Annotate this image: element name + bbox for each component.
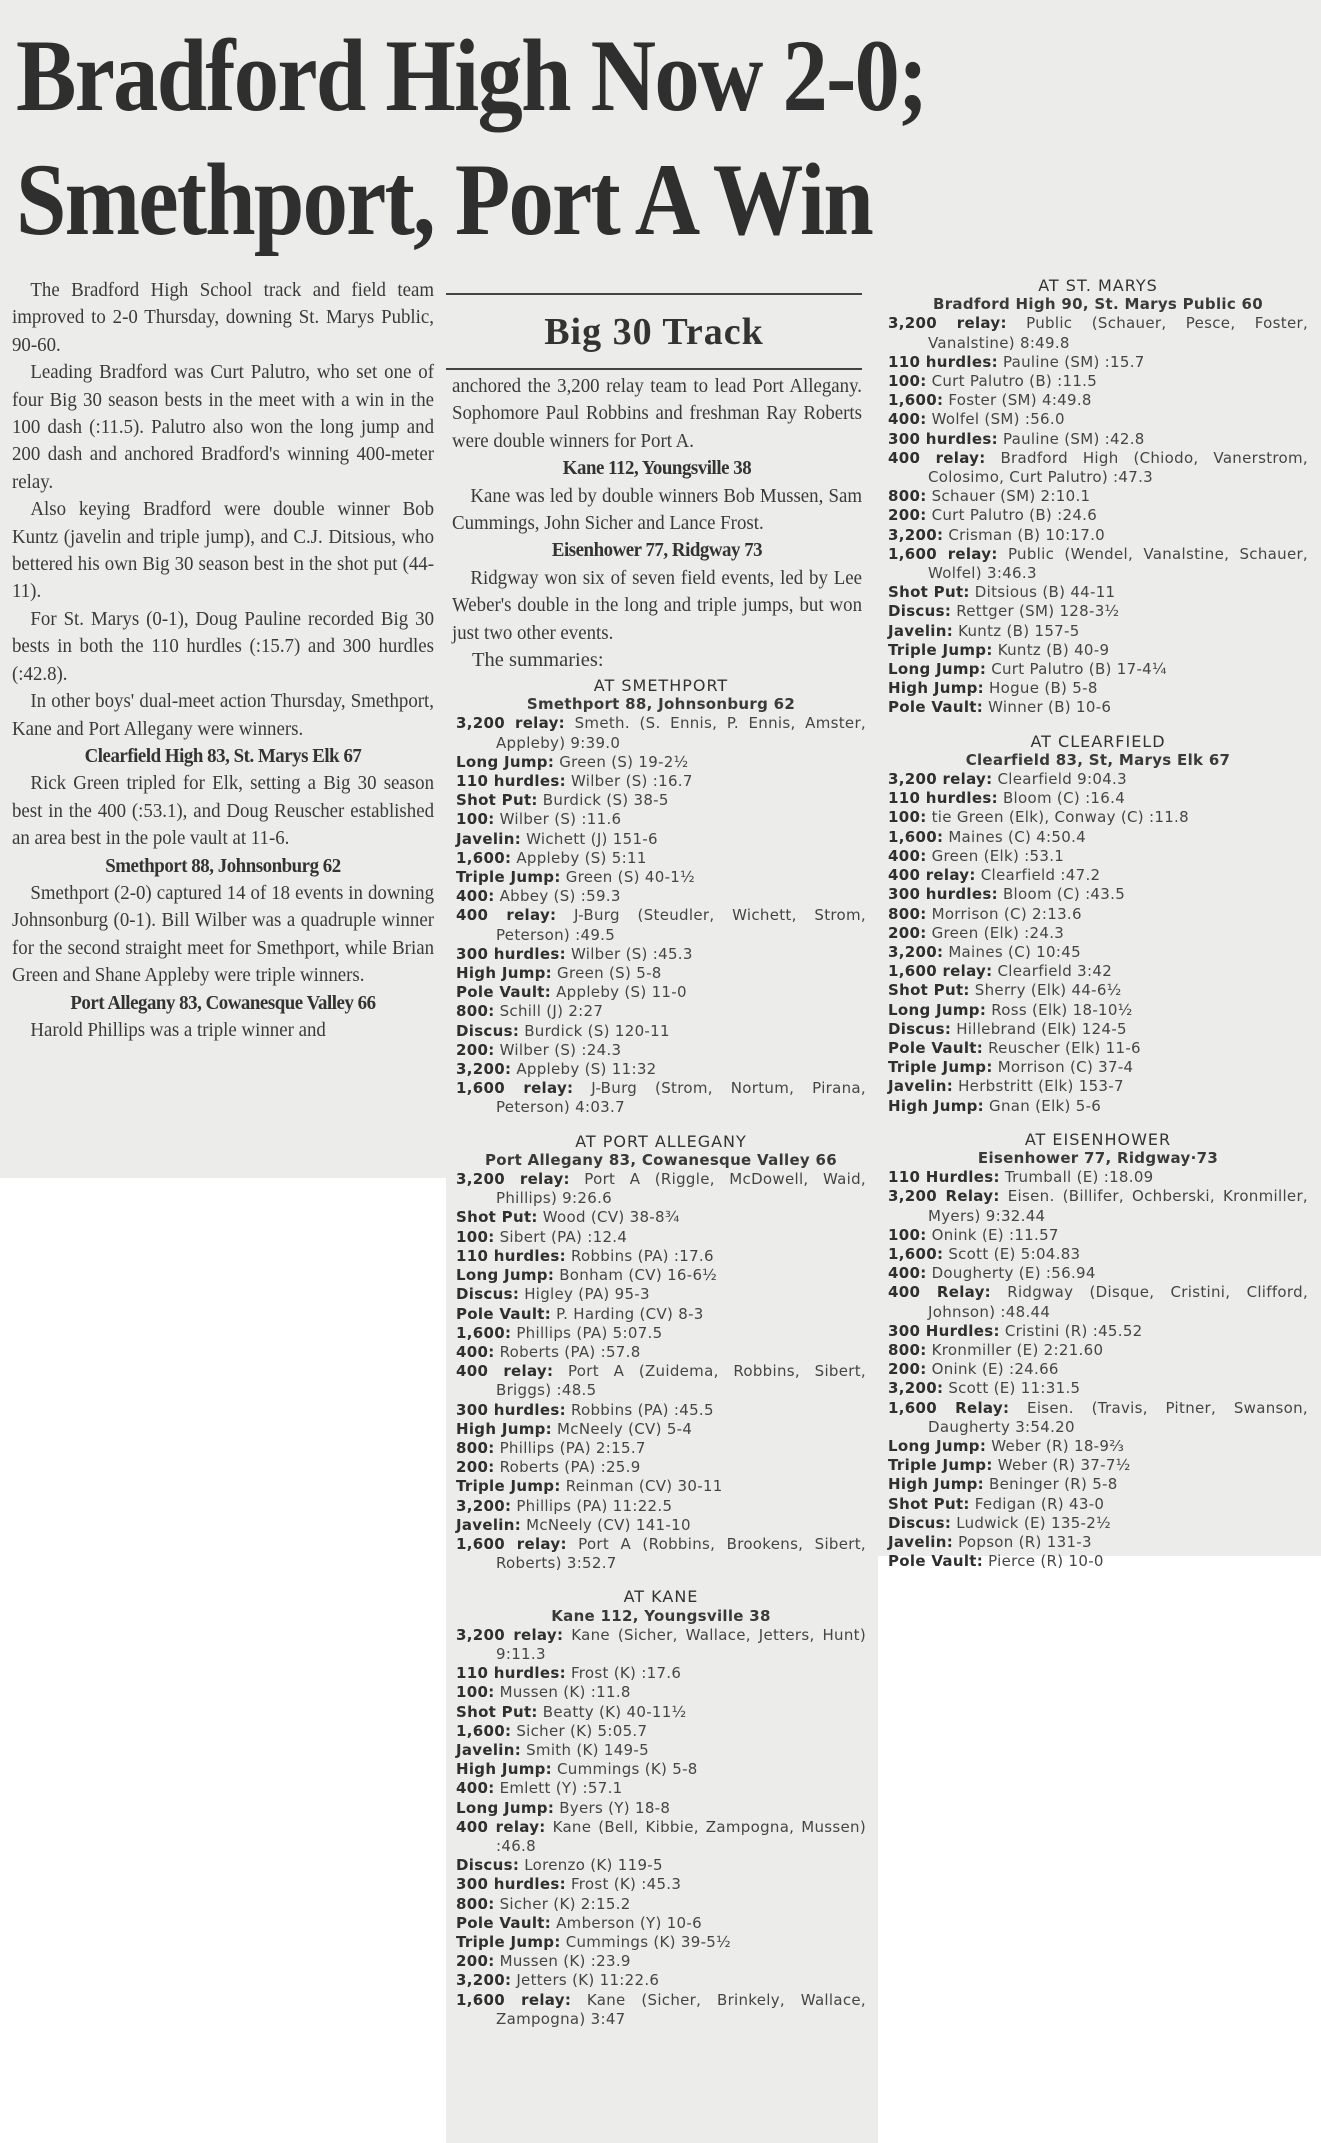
event-name: 3,200 Relay: xyxy=(888,1187,1000,1205)
event-result: 100: Sibert (PA) :12.4 xyxy=(456,1228,866,1247)
event-result: Discus: Lorenzo (K) 119-5 xyxy=(456,1856,866,1875)
event-name: 3,200 relay: xyxy=(888,770,992,788)
event-name: 400 Relay: xyxy=(888,1283,991,1301)
event-name: 400: xyxy=(456,1343,495,1361)
event-winner: Pauline (SM) :42.8 xyxy=(998,430,1145,448)
event-winner: Roberts (PA) :57.8 xyxy=(495,1343,641,1361)
event-result: Discus: Higley (PA) 95-3 xyxy=(456,1285,866,1304)
event-winner: tie Green (Elk), Conway (C) :11.8 xyxy=(927,808,1189,826)
event-result: 3,200 relay: Public (Schauer, Pesce, Fos… xyxy=(888,314,1308,352)
event-name: High Jump: xyxy=(888,679,984,697)
event-name: Long Jump: xyxy=(888,1001,986,1019)
event-result: Javelin: Herbstritt (Elk) 153-7 xyxy=(888,1077,1308,1096)
event-result: Shot Put: Fedigan (R) 43-0 xyxy=(888,1495,1308,1514)
event-name: 200: xyxy=(888,1360,927,1378)
event-name: Discus: xyxy=(888,602,951,620)
event-result: 200: Mussen (K) :23.9 xyxy=(456,1952,866,1971)
event-result: 110 Hurdles: Trumball (E) :18.09 xyxy=(888,1168,1308,1187)
event-winner: Jetters (K) 11:22.6 xyxy=(511,1971,659,1989)
event-winner: Pauline (SM) :15.7 xyxy=(998,353,1145,371)
event-winner: Green (S) 40-1½ xyxy=(561,868,695,886)
event-result: 1,600: Maines (C) 4:50.4 xyxy=(888,828,1308,847)
story-subhead: Smethport 88, Johnsonburg 62 xyxy=(12,853,434,880)
event-result: 200: Onink (E) :24.66 xyxy=(888,1360,1308,1379)
meet-score: Smethport 88, Johnsonburg 62 xyxy=(456,695,866,714)
event-name: 800: xyxy=(888,487,927,505)
event-result: 400 relay: Clearfield :47.2 xyxy=(888,866,1308,885)
story-paragraph: Harold Phillips was a triple winner and xyxy=(12,1017,434,1044)
meet-summary: AT SMETHPORTSmethport 88, Johnsonburg 62… xyxy=(456,676,866,1118)
event-winner: Green (S) 19-2½ xyxy=(554,753,688,771)
event-name: Long Jump: xyxy=(888,660,986,678)
event-result: Triple Jump: Reinman (CV) 30-11 xyxy=(456,1477,866,1496)
event-name: 1,600 relay: xyxy=(456,1535,567,1553)
event-winner: Cummings (K) 5-8 xyxy=(552,1760,698,1778)
event-winner: Weber (R) 18-9⅔ xyxy=(986,1437,1124,1455)
event-winner: Trumball (E) :18.09 xyxy=(1000,1168,1154,1186)
event-result: 3,200 relay: Clearfield 9:04.3 xyxy=(888,770,1308,789)
event-name: Pole Vault: xyxy=(888,698,983,716)
event-result: Shot Put: Wood (CV) 38-8¾ xyxy=(456,1208,866,1227)
event-name: Triple Jump: xyxy=(456,1933,561,1951)
event-result: 110 hurdles: Frost (K) :17.6 xyxy=(456,1664,866,1683)
meet-summary: AT EISENHOWEREisenhower 77, Ridgway·7311… xyxy=(888,1130,1308,1572)
event-winner: Green (Elk) :24.3 xyxy=(927,924,1065,942)
event-name: Discus: xyxy=(456,1285,519,1303)
event-name: Triple Jump: xyxy=(888,641,993,659)
event-result: 1,600: Scott (E) 5:04.83 xyxy=(888,1245,1308,1264)
event-name: 1,600 Relay: xyxy=(888,1399,1009,1417)
event-result: Pole Vault: Pierce (R) 10-0 xyxy=(888,1552,1308,1571)
event-name: Discus: xyxy=(888,1514,951,1532)
event-winner: Sherry (Elk) 44-6½ xyxy=(970,981,1122,999)
summaries-label: The summaries: xyxy=(452,647,862,674)
event-name: Shot Put: xyxy=(888,981,970,999)
meet-score: Port Allegany 83, Cowanesque Valley 66 xyxy=(456,1151,866,1170)
event-name: 300 hurdles: xyxy=(456,1875,566,1893)
event-winner: Bonham (CV) 16-6½ xyxy=(554,1266,717,1284)
event-name: Discus: xyxy=(456,1856,519,1874)
event-winner: Phillips (PA) 5:07.5 xyxy=(511,1324,662,1342)
event-name: 300 hurdles: xyxy=(456,1401,566,1419)
event-result: 200: Green (Elk) :24.3 xyxy=(888,924,1308,943)
event-name: Pole Vault: xyxy=(456,1914,551,1932)
event-result: Javelin: Kuntz (B) 157-5 xyxy=(888,622,1308,641)
event-result: 800: Schill (J) 2:27 xyxy=(456,1002,866,1021)
event-name: Javelin: xyxy=(888,1077,953,1095)
event-name: 200: xyxy=(888,924,927,942)
event-result: Pole Vault: Winner (B) 10-6 xyxy=(888,698,1308,717)
event-winner: Schauer (SM) 2:10.1 xyxy=(927,487,1091,505)
event-winner: Schill (J) 2:27 xyxy=(495,1002,604,1020)
event-result: 300 hurdles: Wilber (S) :45.3 xyxy=(456,945,866,964)
story-subhead: Port Allegany 83, Cowanesque Valley 66 xyxy=(12,990,434,1017)
event-name: 800: xyxy=(888,905,927,923)
event-winner: Weber (R) 37-7½ xyxy=(993,1456,1131,1474)
event-winner: Burdick (S) 120-11 xyxy=(519,1022,670,1040)
meet-score: Bradford High 90, St. Marys Public 60 xyxy=(888,295,1308,314)
event-winner: Onink (E) :11.57 xyxy=(927,1226,1059,1244)
event-name: Triple Jump: xyxy=(456,1477,561,1495)
event-result: Javelin: Wichett (J) 151-6 xyxy=(456,830,866,849)
meet-score: Eisenhower 77, Ridgway·73 xyxy=(888,1149,1308,1168)
event-result: 110 hurdles: Wilber (S) :16.7 xyxy=(456,772,866,791)
event-winner: Kuntz (B) 40-9 xyxy=(993,641,1110,659)
event-name: Pole Vault: xyxy=(456,983,551,1001)
event-winner: Ross (Elk) 18-10½ xyxy=(986,1001,1132,1019)
event-result: 1,600: Foster (SM) 4:49.8 xyxy=(888,391,1308,410)
event-name: 400 relay: xyxy=(888,449,986,467)
event-name: 800: xyxy=(456,1002,495,1020)
event-name: 200: xyxy=(456,1041,495,1059)
event-winner: Wilber (S) :11.6 xyxy=(495,810,622,828)
event-winner: McNeely (CV) 141-10 xyxy=(521,1516,691,1534)
event-name: 3,200: xyxy=(456,1971,511,1989)
meet-location: AT SMETHPORT xyxy=(456,676,866,695)
event-name: 3,200 relay: xyxy=(456,714,565,732)
event-winner: Appleby (S) 5:11 xyxy=(511,849,646,867)
event-result: Shot Put: Sherry (Elk) 44-6½ xyxy=(888,981,1308,1000)
event-result: 110 hurdles: Pauline (SM) :15.7 xyxy=(888,353,1308,372)
event-winner: Kronmiller (E) 2:21.60 xyxy=(927,1341,1104,1359)
meet-summary: AT ST. MARYSBradford High 90, St. Marys … xyxy=(888,276,1308,718)
event-result: 200: Curt Palutro (B) :24.6 xyxy=(888,506,1308,525)
event-result: 800: Schauer (SM) 2:10.1 xyxy=(888,487,1308,506)
event-result: Shot Put: Ditsious (B) 44-11 xyxy=(888,583,1308,602)
event-result: High Jump: Cummings (K) 5-8 xyxy=(456,1760,866,1779)
event-name: 400: xyxy=(888,410,927,428)
event-winner: Frost (K) :45.3 xyxy=(566,1875,681,1893)
event-result: 800: Phillips (PA) 2:15.7 xyxy=(456,1439,866,1458)
story-subhead: Kane 112, Youngsville 38 xyxy=(452,455,862,482)
meet-score: Clearfield 83, St, Marys Elk 67 xyxy=(888,751,1308,770)
event-name: 3,200: xyxy=(888,1379,943,1397)
event-result: 3,200: Jetters (K) 11:22.6 xyxy=(456,1971,866,1990)
event-name: 3,200: xyxy=(888,943,943,961)
event-name: Javelin: xyxy=(888,1533,953,1551)
meet-summary: AT KANEKane 112, Youngsville 383,200 rel… xyxy=(456,1587,866,2029)
story-paragraph: Kane was led by double winners Bob Musse… xyxy=(452,483,862,538)
event-winner: Roberts (PA) :25.9 xyxy=(495,1458,641,1476)
event-result: 1,600 relay: Port A (Robbins, Brookens, … xyxy=(456,1535,866,1573)
event-result: High Jump: Beninger (R) 5-8 xyxy=(888,1475,1308,1494)
event-winner: Wood (CV) 38-8¾ xyxy=(538,1208,680,1226)
event-winner: P. Harding (CV) 8-3 xyxy=(551,1305,704,1323)
event-result: 800: Sicher (K) 2:15.2 xyxy=(456,1895,866,1914)
event-name: 110 Hurdles: xyxy=(888,1168,1000,1186)
story-paragraph: The Bradford High School track and field… xyxy=(12,277,434,359)
event-name: 1,600: xyxy=(888,828,943,846)
event-name: 110 hurdles: xyxy=(456,1247,566,1265)
event-result: 200: Roberts (PA) :25.9 xyxy=(456,1458,866,1477)
event-winner: Sicher (K) 5:05.7 xyxy=(511,1722,647,1740)
event-winner: Wilber (S) :45.3 xyxy=(566,945,693,963)
event-name: 3,200 relay: xyxy=(456,1170,570,1188)
event-name: 1,600: xyxy=(456,849,511,867)
event-winner: Ludwick (E) 135-2½ xyxy=(951,1514,1111,1532)
event-name: 300 hurdles: xyxy=(888,885,998,903)
event-result: 400: Abbey (S) :59.3 xyxy=(456,887,866,906)
event-winner: Kuntz (B) 157-5 xyxy=(953,622,1080,640)
event-name: Javelin: xyxy=(456,1741,521,1759)
event-name: 100: xyxy=(456,1683,495,1701)
event-winner: Wilber (S) :16.7 xyxy=(566,772,693,790)
event-result: 3,200: Phillips (PA) 11:22.5 xyxy=(456,1497,866,1516)
event-result: High Jump: Green (S) 5-8 xyxy=(456,964,866,983)
story-column-middle: anchored the 3,200 relay team to lead Po… xyxy=(452,373,862,674)
event-result: Pole Vault: Appleby (S) 11-0 xyxy=(456,983,866,1002)
event-winner: Ditsious (B) 44-11 xyxy=(970,583,1116,601)
event-result: 400: Emlett (Y) :57.1 xyxy=(456,1779,866,1798)
event-result: 400 relay: Port A (Zuidema, Robbins, Sib… xyxy=(456,1362,866,1400)
event-name: 1,600: xyxy=(888,1245,943,1263)
event-winner: Reinman (CV) 30-11 xyxy=(561,1477,723,1495)
event-winner: Curt Palutro (B) 17-4¼ xyxy=(986,660,1167,678)
event-result: Discus: Hillebrand (Elk) 124-5 xyxy=(888,1020,1308,1039)
event-result: Long Jump: Byers (Y) 18-8 xyxy=(456,1799,866,1818)
event-result: Long Jump: Weber (R) 18-9⅔ xyxy=(888,1437,1308,1456)
event-winner: Frost (K) :17.6 xyxy=(566,1664,681,1682)
event-name: Pole Vault: xyxy=(888,1039,983,1057)
event-winner: Appleby (S) 11:32 xyxy=(511,1060,656,1078)
event-result: 400: Green (Elk) :53.1 xyxy=(888,847,1308,866)
event-result: High Jump: Hogue (B) 5-8 xyxy=(888,679,1308,698)
event-winner: Cristini (R) :45.52 xyxy=(1000,1322,1143,1340)
event-winner: Rettger (SM) 128-3½ xyxy=(951,602,1119,620)
event-winner: Lorenzo (K) 119-5 xyxy=(519,1856,663,1874)
event-name: 200: xyxy=(888,506,927,524)
event-winner: Popson (R) 131-3 xyxy=(953,1533,1092,1551)
event-winner: Smith (K) 149-5 xyxy=(521,1741,649,1759)
event-name: Shot Put: xyxy=(456,1703,538,1721)
event-result: 300 Hurdles: Cristini (R) :45.52 xyxy=(888,1322,1308,1341)
event-name: 400: xyxy=(888,847,927,865)
event-winner: Maines (C) 4:50.4 xyxy=(943,828,1086,846)
event-name: 100: xyxy=(888,372,927,390)
event-result: Long Jump: Bonham (CV) 16-6½ xyxy=(456,1266,866,1285)
meet-location: AT KANE xyxy=(456,1587,866,1606)
event-result: 3,200 relay: Port A (Riggle, McDowell, W… xyxy=(456,1170,866,1208)
event-winner: Mussen (K) :11.8 xyxy=(495,1683,631,1701)
event-winner: Scott (E) 11:31.5 xyxy=(943,1379,1080,1397)
event-result: Triple Jump: Kuntz (B) 40-9 xyxy=(888,641,1308,660)
event-winner: Amberson (Y) 10-6 xyxy=(551,1914,702,1932)
meet-location: AT EISENHOWER xyxy=(888,1130,1308,1149)
event-winner: Phillips (PA) 11:22.5 xyxy=(511,1497,672,1515)
event-result: 300 hurdles: Pauline (SM) :42.8 xyxy=(888,430,1308,449)
event-name: Pole Vault: xyxy=(888,1552,983,1570)
event-result: 3,200: Crisman (B) 10:17.0 xyxy=(888,526,1308,545)
event-winner: Clearfield :47.2 xyxy=(976,866,1101,884)
event-result: 100: Onink (E) :11.57 xyxy=(888,1226,1308,1245)
event-winner: Green (S) 5-8 xyxy=(552,964,662,982)
event-name: 100: xyxy=(888,1226,927,1244)
meet-location: AT ST. MARYS xyxy=(888,276,1308,295)
event-name: 110 hurdles: xyxy=(888,789,998,807)
event-winner: Wichett (J) 151-6 xyxy=(521,830,658,848)
event-winner: McNeely (CV) 5-4 xyxy=(552,1420,692,1438)
event-result: 400: Wolfel (SM) :56.0 xyxy=(888,410,1308,429)
event-result: 1,600: Sicher (K) 5:05.7 xyxy=(456,1722,866,1741)
event-result: Pole Vault: Amberson (Y) 10-6 xyxy=(456,1914,866,1933)
event-name: 1,600 relay: xyxy=(456,1079,573,1097)
event-winner: Gnan (Elk) 5-6 xyxy=(984,1097,1101,1115)
story-paragraph: For St. Marys (0-1), Doug Pauline record… xyxy=(12,606,434,688)
meet-location: AT PORT ALLEGANY xyxy=(456,1132,866,1151)
event-result: Long Jump: Ross (Elk) 18-10½ xyxy=(888,1001,1308,1020)
event-result: 1,600 relay: J-Burg (Strom, Nortum, Pira… xyxy=(456,1079,866,1117)
event-name: Javelin: xyxy=(456,830,521,848)
event-winner: Robbins (PA) :17.6 xyxy=(566,1247,714,1265)
event-result: Javelin: Smith (K) 149-5 xyxy=(456,1741,866,1760)
event-result: 1,600 relay: Public (Wendel, Vanalstine,… xyxy=(888,545,1308,583)
event-result: 800: Morrison (C) 2:13.6 xyxy=(888,905,1308,924)
event-result: 3,200 relay: Smeth. (S. Ennis, P. Ennis,… xyxy=(456,714,866,752)
event-name: Long Jump: xyxy=(456,753,554,771)
event-result: 110 hurdles: Bloom (C) :16.4 xyxy=(888,789,1308,808)
event-winner: Wilber (S) :24.3 xyxy=(495,1041,622,1059)
event-winner: Scott (E) 5:04.83 xyxy=(943,1245,1080,1263)
event-name: 400: xyxy=(888,1264,927,1282)
event-result: Javelin: Popson (R) 131-3 xyxy=(888,1533,1308,1552)
event-result: 400: Roberts (PA) :57.8 xyxy=(456,1343,866,1362)
meet-summary: AT PORT ALLEGANYPort Allegany 83, Cowane… xyxy=(456,1132,866,1574)
event-result: Pole Vault: Reuscher (Elk) 11-6 xyxy=(888,1039,1308,1058)
event-name: Shot Put: xyxy=(456,1208,538,1226)
event-result: 400 Relay: Ridgway (Disque, Cristini, Cl… xyxy=(888,1283,1308,1321)
event-result: 3,200 Relay: Eisen. (Billifer, Ochberski… xyxy=(888,1187,1308,1225)
event-name: 300 hurdles: xyxy=(888,430,998,448)
headline-line-2: Smethport, Port A Win xyxy=(16,138,1160,262)
event-name: Discus: xyxy=(456,1022,519,1040)
event-result: High Jump: Gnan (Elk) 5-6 xyxy=(888,1097,1308,1116)
event-result: Pole Vault: P. Harding (CV) 8-3 xyxy=(456,1305,866,1324)
story-paragraph: Rick Green tripled for Elk, setting a Bi… xyxy=(12,770,434,852)
event-winner: Maines (C) 10:45 xyxy=(943,943,1081,961)
story-subhead: Eisenhower 77, Ridgway 73 xyxy=(452,537,862,564)
event-name: Triple Jump: xyxy=(888,1058,993,1076)
event-name: 3,200 relay: xyxy=(456,1626,563,1644)
story-paragraph: Also keying Bradford were double winner … xyxy=(12,496,434,606)
event-winner: Appleby (S) 11-0 xyxy=(551,983,687,1001)
event-winner: Curt Palutro (B) :11.5 xyxy=(927,372,1098,390)
event-name: 800: xyxy=(456,1895,495,1913)
event-winner: Burdick (S) 38-5 xyxy=(538,791,669,809)
event-winner: Clearfield 3:42 xyxy=(992,962,1112,980)
event-winner: Abbey (S) :59.3 xyxy=(495,887,621,905)
event-winner: Reuscher (Elk) 11-6 xyxy=(983,1039,1141,1057)
event-name: 200: xyxy=(456,1458,495,1476)
event-winner: Pierce (R) 10-0 xyxy=(983,1552,1104,1570)
event-result: 300 hurdles: Bloom (C) :43.5 xyxy=(888,885,1308,904)
event-winner: Sibert (PA) :12.4 xyxy=(495,1228,628,1246)
event-name: 200: xyxy=(456,1952,495,1970)
event-name: High Jump: xyxy=(888,1097,984,1115)
event-name: Long Jump: xyxy=(456,1266,554,1284)
story-subhead: Clearfield High 83, St. Marys Elk 67 xyxy=(12,743,434,770)
event-result: 3,200: Scott (E) 11:31.5 xyxy=(888,1379,1308,1398)
event-winner: Winner (B) 10-6 xyxy=(983,698,1111,716)
event-result: 100: tie Green (Elk), Conway (C) :11.8 xyxy=(888,808,1308,827)
event-result: 400 relay: Bradford High (Chiodo, Vaners… xyxy=(888,449,1308,487)
event-name: Javelin: xyxy=(888,622,953,640)
event-winner: Higley (PA) 95-3 xyxy=(519,1285,650,1303)
event-name: Pole Vault: xyxy=(456,1305,551,1323)
event-name: 100: xyxy=(456,810,495,828)
event-result: Discus: Rettger (SM) 128-3½ xyxy=(888,602,1308,621)
event-winner: Phillips (PA) 2:15.7 xyxy=(495,1439,646,1457)
event-name: High Jump: xyxy=(456,1420,552,1438)
event-name: Shot Put: xyxy=(888,583,970,601)
event-name: 100: xyxy=(456,1228,495,1246)
meet-summary: AT CLEARFIELDClearfield 83, St, Marys El… xyxy=(888,732,1308,1116)
event-result: 300 hurdles: Frost (K) :45.3 xyxy=(456,1875,866,1894)
event-winner: Morrison (C) 37-4 xyxy=(993,1058,1134,1076)
story-paragraph: anchored the 3,200 relay team to lead Po… xyxy=(452,373,862,455)
event-name: 110 hurdles: xyxy=(456,772,566,790)
event-winner: Sicher (K) 2:15.2 xyxy=(495,1895,631,1913)
event-winner: Bloom (C) :16.4 xyxy=(998,789,1125,807)
event-result: Shot Put: Beatty (K) 40-11½ xyxy=(456,1703,866,1722)
event-name: Triple Jump: xyxy=(888,1456,993,1474)
event-result: Shot Put: Burdick (S) 38-5 xyxy=(456,791,866,810)
headline-line-1: Bradford High Now 2-0; xyxy=(16,14,1160,138)
event-name: 110 hurdles: xyxy=(888,353,998,371)
event-result: 1,600 Relay: Eisen. (Travis, Pitner, Swa… xyxy=(888,1399,1308,1437)
event-winner: Kane (Bell, Kibbie, Zampogna, Mussen) :4… xyxy=(496,1818,866,1855)
event-result: 100: Wilber (S) :11.6 xyxy=(456,810,866,829)
event-result: Discus: Ludwick (E) 135-2½ xyxy=(888,1514,1308,1533)
event-result: Javelin: McNeely (CV) 141-10 xyxy=(456,1516,866,1535)
headline: Bradford High Now 2-0; Smethport, Port A… xyxy=(16,14,1160,262)
event-name: Long Jump: xyxy=(456,1799,554,1817)
event-result: Triple Jump: Green (S) 40-1½ xyxy=(456,868,866,887)
event-name: 300 hurdles: xyxy=(456,945,566,963)
event-result: Triple Jump: Weber (R) 37-7½ xyxy=(888,1456,1308,1475)
event-name: Triple Jump: xyxy=(456,868,561,886)
event-name: High Jump: xyxy=(456,964,552,982)
event-name: Shot Put: xyxy=(888,1495,970,1513)
event-result: 400: Dougherty (E) :56.94 xyxy=(888,1264,1308,1283)
event-name: 110 hurdles: xyxy=(456,1664,566,1682)
event-result: 1,600 relay: Kane (Sicher, Brinkely, Wal… xyxy=(456,1991,866,2029)
event-name: 400: xyxy=(456,1779,495,1797)
event-name: High Jump: xyxy=(456,1760,552,1778)
event-name: 3,200: xyxy=(456,1497,511,1515)
event-name: 400: xyxy=(456,887,495,905)
event-name: 1,600 relay: xyxy=(456,1991,571,2009)
event-winner: Dougherty (E) :56.94 xyxy=(927,1264,1096,1282)
event-winner: Bloom (C) :43.5 xyxy=(998,885,1125,903)
event-name: Long Jump: xyxy=(888,1437,986,1455)
event-name: 1,600: xyxy=(456,1324,511,1342)
event-name: 3,200 relay: xyxy=(888,314,1007,332)
event-winner: Foster (SM) 4:49.8 xyxy=(943,391,1092,409)
event-name: High Jump: xyxy=(888,1475,984,1493)
event-name: 1,600 relay: xyxy=(888,962,992,980)
event-result: 3,200: Appleby (S) 11:32 xyxy=(456,1060,866,1079)
event-result: 1,600: Appleby (S) 5:11 xyxy=(456,849,866,868)
event-name: 1,600: xyxy=(888,391,943,409)
event-winner: Bradford High (Chiodo, Vanerstrom, Colos… xyxy=(928,449,1308,486)
event-result: 400 relay: Kane (Bell, Kibbie, Zampogna,… xyxy=(456,1818,866,1856)
event-winner: Herbstritt (Elk) 153-7 xyxy=(953,1077,1124,1095)
event-winner: Robbins (PA) :45.5 xyxy=(566,1401,714,1419)
event-winner: Clearfield 9:04.3 xyxy=(992,770,1127,788)
section-label: Big 30 Track xyxy=(446,293,862,370)
event-winner: Morrison (C) 2:13.6 xyxy=(927,905,1082,923)
story-paragraph: In other boys' dual-meet action Thursday… xyxy=(12,688,434,743)
